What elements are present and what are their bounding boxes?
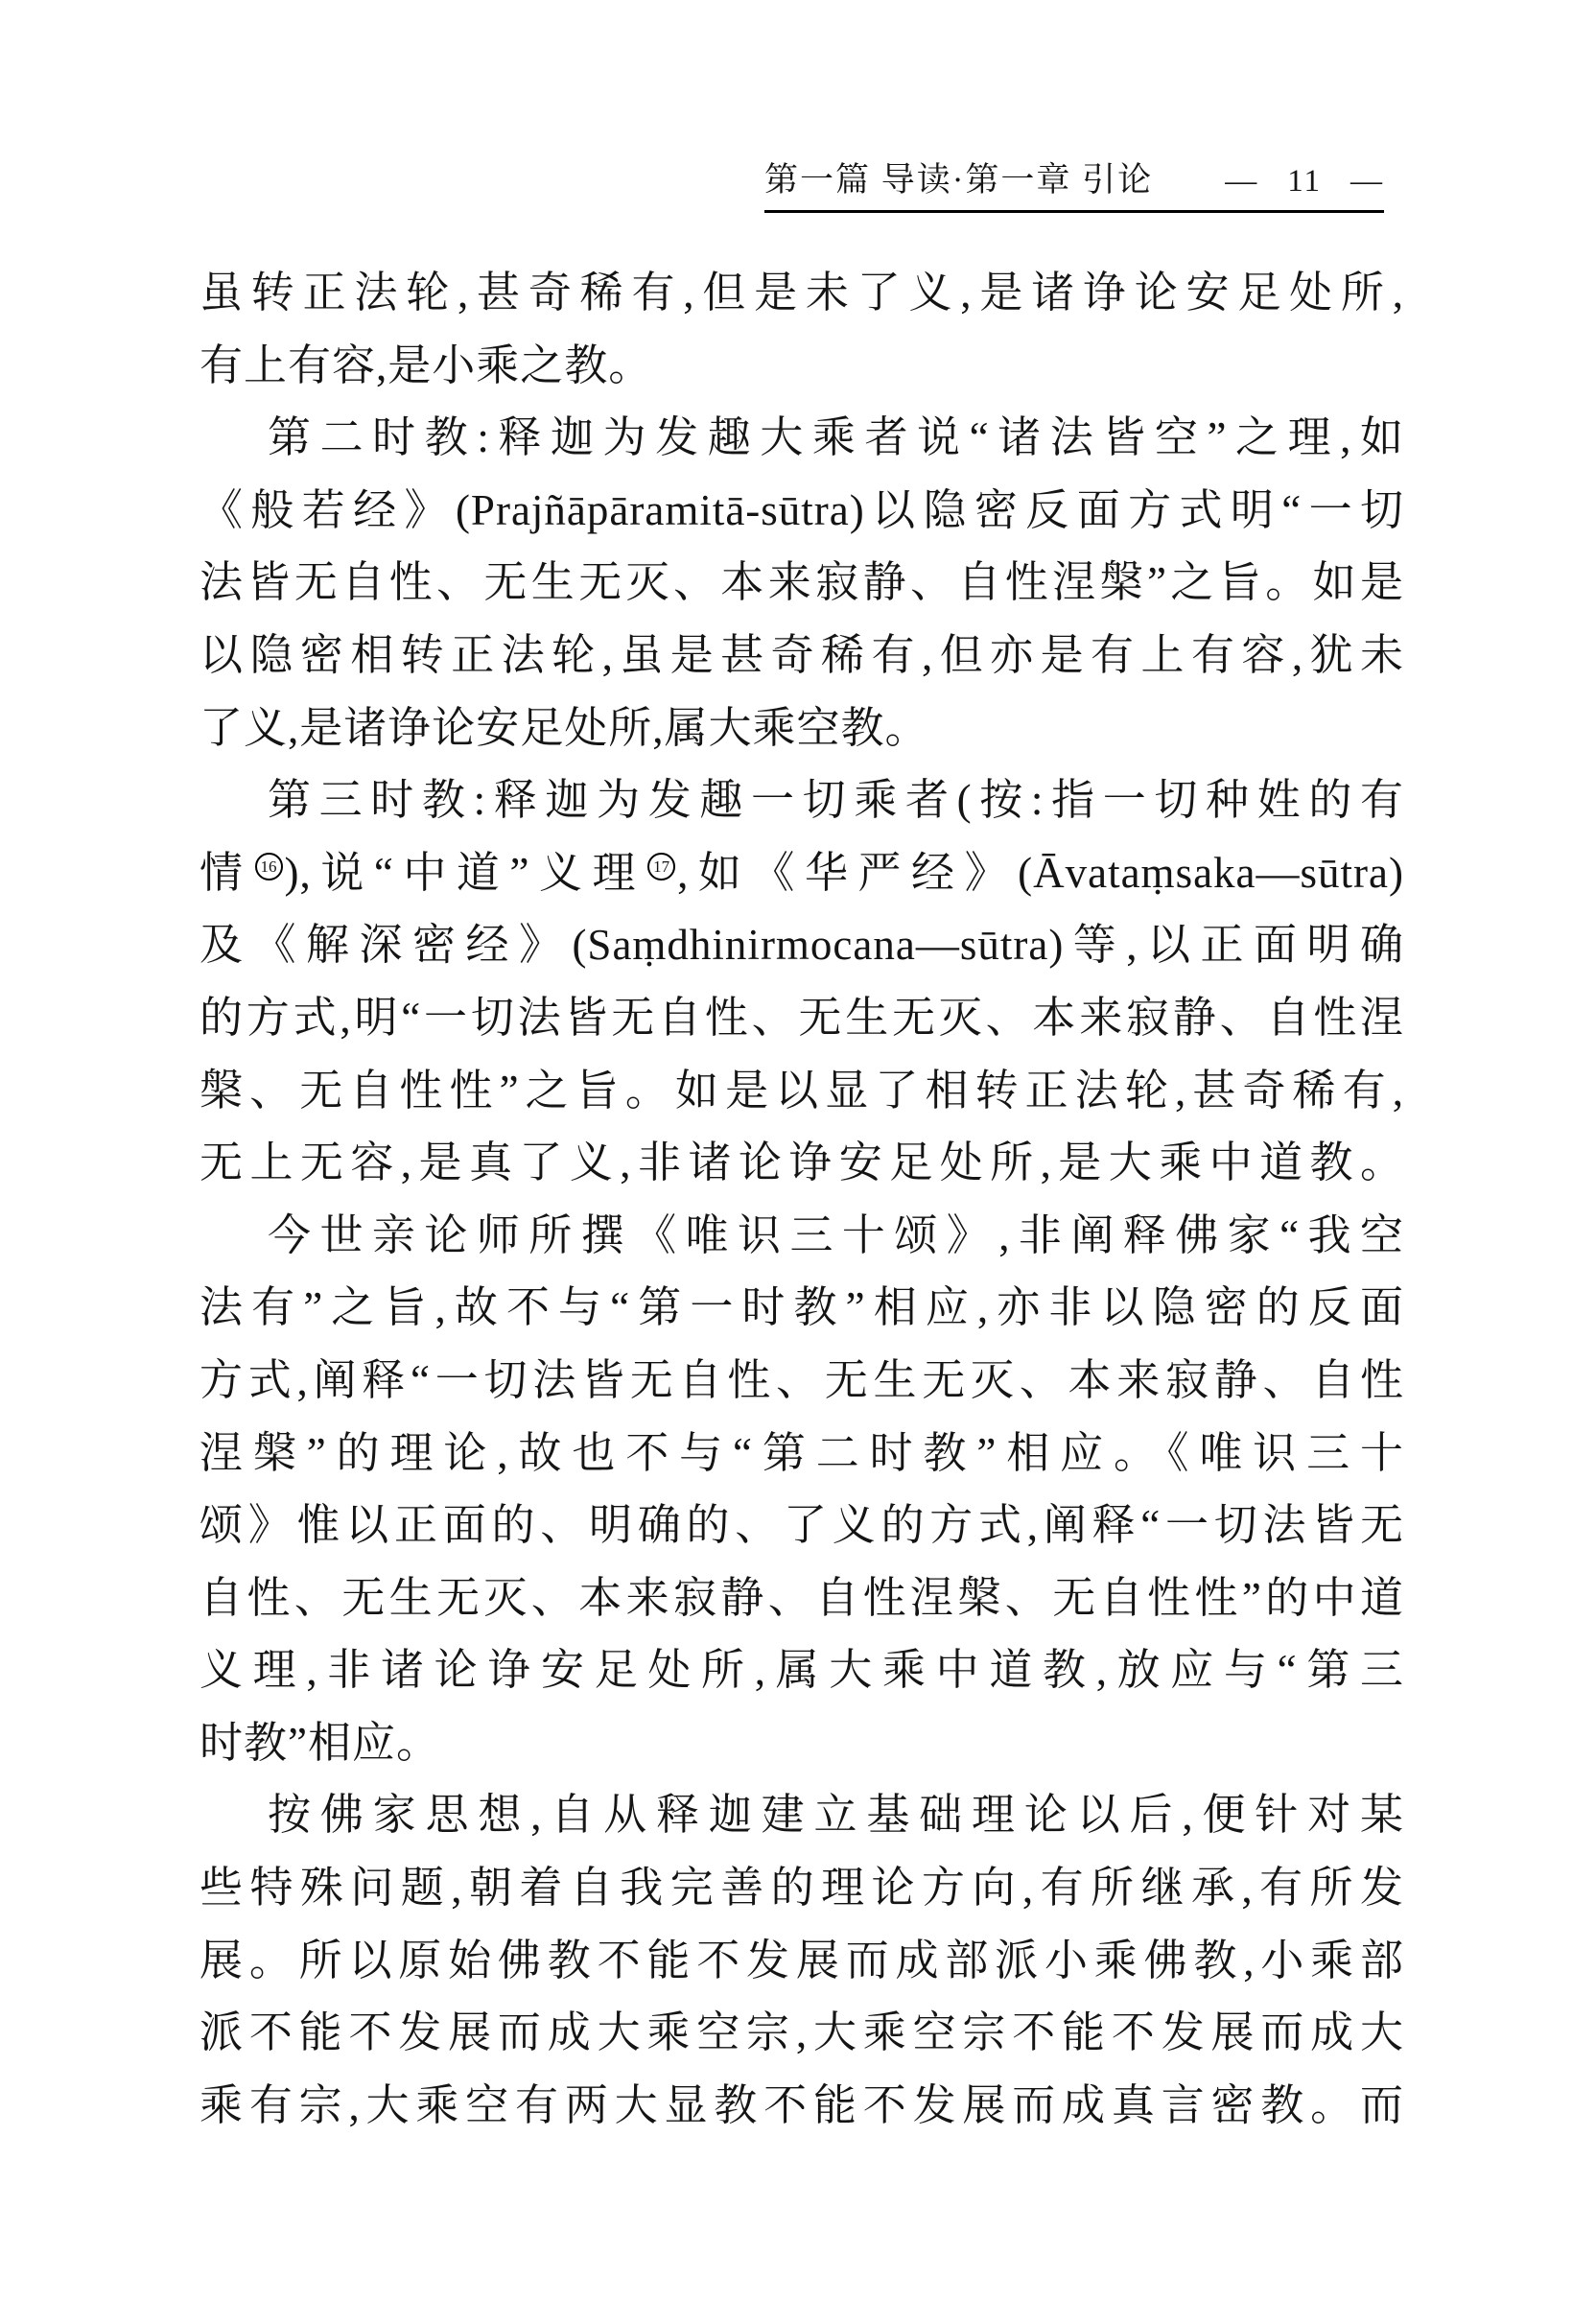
text-line: 的方式,明“一切法皆无自性、无生无灭、本来寂静、自性涅 <box>199 982 1404 1055</box>
text-run: 第三时教:释迦为发趣一切乘者(按:指一切种姓的有 <box>268 776 1404 824</box>
paragraph: 虽转正法轮,甚奇稀有,但是未了义,是诸诤论安足处所,有上有容,是小乘之教。 <box>199 257 1404 402</box>
text-run: 今世亲论师所撰《唯识三十颂》,非阐释佛家“我空 <box>268 1211 1404 1259</box>
page-header: 第一篇 导读·第一章 引论 — 11 — <box>764 153 1384 213</box>
text-run: 《般若经》(Prajñāpāramitā-sūtra)以隐密反面方式明“一切 <box>199 486 1404 534</box>
text-run: 法有”之旨,故不与“第一时教”相应,亦非以隐密的反面 <box>199 1283 1404 1331</box>
text-line: 槃、无自性性”之旨。如是以显了相转正法轮,甚奇稀有, <box>199 1055 1404 1128</box>
text-line: 自性、无生无灭、本来寂静、自性涅槃、无自性性”的中道 <box>199 1562 1404 1635</box>
text-line: 《般若经》(Prajñāpāramitā-sūtra)以隐密反面方式明“一切 <box>199 475 1404 548</box>
text-line: 按佛家思想,自从释迦建立基础理论以后,便针对某 <box>199 1779 1404 1852</box>
text-line: 些特殊问题,朝着自我完善的理论方向,有所继承,有所发 <box>199 1852 1404 1925</box>
text-line: 及《解深密经》(Saṃdhinirmocana—sūtra)等,以正面明确 <box>199 909 1404 982</box>
text-run: 按佛家思想,自从释迦建立基础理论以后,便针对某 <box>268 1791 1404 1839</box>
text-line: 了义,是诸诤论安足处所,属大乘空教。 <box>199 693 1404 765</box>
text-line: 义理,非诸论诤安足处所,属大乘中道教,放应与“第三 <box>199 1634 1404 1707</box>
text-run: 乘有宗,大乘空有两大显教不能不发展而成真言密教。而 <box>199 2081 1404 2129</box>
text-line: 派不能不发展而成大乘空宗,大乘空宗不能不发展而成大 <box>199 1997 1404 2070</box>
text-line: 情16),说“中道”义理17,如《华严经》(Āvataṃsaka—sūtra) <box>199 837 1404 910</box>
text-run: 虽转正法轮,甚奇稀有,但是未了义,是诸诤论安足处所, <box>199 269 1404 317</box>
text-run: 涅槃”的理论,故也不与“第二时教”相应。《唯识三十 <box>199 1429 1404 1477</box>
paragraph: 按佛家思想,自从释迦建立基础理论以后,便针对某些特殊问题,朝着自我完善的理论方向… <box>199 1779 1404 2142</box>
text-run: 及《解深密经》(Saṃdhinirmocana—sūtra)等,以正面明确 <box>199 921 1404 969</box>
body-text: 虽转正法轮,甚奇稀有,但是未了义,是诸诤论安足处所,有上有容,是小乘之教。第二时… <box>199 257 1404 2142</box>
text-line: 第二时教:释迦为发趣大乘者说“诸法皆空”之理,如 <box>199 402 1404 475</box>
header-title: 第一篇 导读·第一章 引论 <box>764 153 1153 201</box>
header-dash-right: — <box>1350 164 1384 200</box>
footnote-ref-16: 16 <box>255 853 283 880</box>
header-dash-left: — <box>1225 164 1258 200</box>
text-line: 虽转正法轮,甚奇稀有,但是未了义,是诸诤论安足处所, <box>199 257 1404 330</box>
text-line: 第三时教:释迦为发趣一切乘者(按:指一切种姓的有 <box>199 764 1404 837</box>
paragraph: 第二时教:释迦为发趣大乘者说“诸法皆空”之理,如《般若经》(Prajñāpāra… <box>199 402 1404 764</box>
text-line: 涅槃”的理论,故也不与“第二时教”相应。《唯识三十 <box>199 1418 1404 1491</box>
text-run: 方式,阐释“一切法皆无自性、无生无灭、本来寂静、自性 <box>199 1356 1404 1404</box>
text-line: 颂》惟以正面的、明确的、了义的方式,阐释“一切法皆无 <box>199 1490 1404 1562</box>
text-run: 槃、无自性性”之旨。如是以显了相转正法轮,甚奇稀有, <box>199 1067 1404 1115</box>
paragraph: 今世亲论师所撰《唯识三十颂》,非阐释佛家“我空法有”之旨,故不与“第一时教”相应… <box>199 1200 1404 1780</box>
text-line: 以隐密相转正法轮,虽是甚奇稀有,但亦是有上有容,犹未 <box>199 620 1404 693</box>
text-run: 自性、无生无灭、本来寂静、自性涅槃、无自性性”的中道 <box>199 1574 1404 1622</box>
footnote-ref-17: 17 <box>647 853 675 880</box>
text-run: ,如《华严经》(Āvataṃsaka—sūtra) <box>677 849 1404 897</box>
text-run: 些特殊问题,朝着自我完善的理论方向,有所继承,有所发 <box>199 1864 1404 1912</box>
text-run: 以隐密相转正法轮,虽是甚奇稀有,但亦是有上有容,犹未 <box>199 631 1404 679</box>
header-page-number: 11 <box>1287 164 1322 200</box>
text-line: 时教”相应。 <box>199 1707 1404 1780</box>
text-run: 法皆无自性、无生无灭、本来寂静、自性涅槃”之旨。如是 <box>199 558 1404 606</box>
text-line: 有上有容,是小乘之教。 <box>199 330 1404 403</box>
text-run: 有上有容,是小乘之教。 <box>199 341 652 389</box>
text-run: ),说“中道”义理 <box>285 849 646 897</box>
text-run: 时教”相应。 <box>199 1719 440 1767</box>
text-run: 的方式,明“一切法皆无自性、无生无灭、本来寂静、自性涅 <box>199 994 1404 1042</box>
text-run: 无上无容,是真了义,非诸论诤安足处所,是大乘中道教。 <box>199 1139 1404 1186</box>
text-run: 颂》惟以正面的、明确的、了义的方式,阐释“一切法皆无 <box>199 1501 1404 1549</box>
text-run: 了义,是诸诤论安足处所,属大乘空教。 <box>199 704 929 752</box>
page: 第一篇 导读·第一章 引论 — 11 — 虽转正法轮,甚奇稀有,但是未了义,是诸… <box>0 0 1596 2301</box>
text-line: 今世亲论师所撰《唯识三十颂》,非阐释佛家“我空 <box>199 1200 1404 1273</box>
header-pagination: — 11 — <box>1225 164 1384 200</box>
text-line: 方式,阐释“一切法皆无自性、无生无灭、本来寂静、自性 <box>199 1345 1404 1418</box>
text-run: 派不能不发展而成大乘空宗,大乘空宗不能不发展而成大 <box>199 2008 1404 2056</box>
text-line: 法有”之旨,故不与“第一时教”相应,亦非以隐密的反面 <box>199 1272 1404 1345</box>
text-line: 展。所以原始佛教不能不发展而成部派小乘佛教,小乘部 <box>199 1925 1404 1998</box>
text-run: 义理,非诸论诤安足处所,属大乘中道教,放应与“第三 <box>199 1646 1404 1694</box>
paragraph: 第三时教:释迦为发趣一切乘者(按:指一切种姓的有情16),说“中道”义理17,如… <box>199 764 1404 1200</box>
text-run: 第二时教:释迦为发趣大乘者说“诸法皆空”之理,如 <box>268 413 1404 461</box>
text-run: 情 <box>199 849 253 897</box>
text-line: 无上无容,是真了义,非诸论诤安足处所,是大乘中道教。 <box>199 1127 1404 1200</box>
text-line: 乘有宗,大乘空有两大显教不能不发展而成真言密教。而 <box>199 2070 1404 2143</box>
text-line: 法皆无自性、无生无灭、本来寂静、自性涅槃”之旨。如是 <box>199 547 1404 620</box>
text-run: 展。所以原始佛教不能不发展而成部派小乘佛教,小乘部 <box>199 1937 1404 1984</box>
